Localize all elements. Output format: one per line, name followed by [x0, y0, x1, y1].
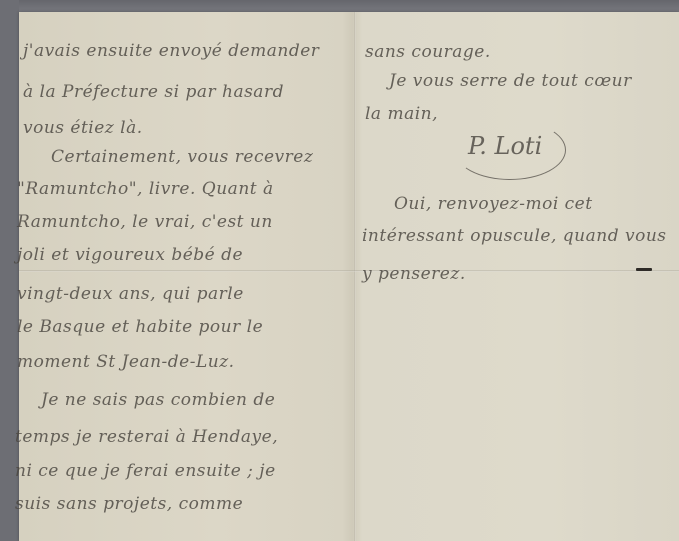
handwritten-line: à la Préfecture si par hasard	[23, 82, 284, 102]
handwritten-line: sans courage.	[365, 42, 491, 62]
handwritten-line: j'avais ensuite envoyé demander	[23, 41, 319, 61]
handwritten-line: moment St Jean-de-Luz.	[17, 352, 235, 372]
handwritten-line: joli et vigoureux bébé de	[17, 245, 243, 265]
handwritten-line: Ramuntcho, le vrai, c'est un	[17, 212, 273, 232]
left-page: j'avais ensuite envoyé demander à la Pré…	[19, 12, 354, 541]
handwritten-line: ni ce que je ferai ensuite ; je	[15, 461, 276, 481]
handwritten-line: vous étiez là.	[23, 118, 143, 138]
handwritten-line: temps je resterai à Hendaye,	[15, 427, 278, 447]
handwritten-line: "Ramuntcho", livre. Quant à	[17, 179, 274, 199]
handwritten-line: Certainement, vous recevrez	[51, 147, 313, 167]
signature-flourish	[454, 120, 566, 180]
right-page: sans courage. Je vous serre de tout cœur…	[356, 12, 679, 541]
handwritten-line: y penserez.	[362, 264, 466, 284]
handwritten-line: la main,	[365, 104, 438, 124]
handwritten-line: suis sans projets, comme	[15, 494, 243, 514]
handwritten-line: Je vous serre de tout cœur	[389, 71, 632, 91]
letter-sheet: j'avais ensuite envoyé demander à la Pré…	[19, 12, 679, 541]
handwritten-line: le Basque et habite pour le	[17, 317, 263, 337]
handwritten-line: intéressant opuscule, quand vous	[362, 226, 667, 246]
ink-mark	[636, 268, 652, 271]
handwritten-line: Oui, renvoyez-moi cet	[394, 194, 593, 214]
handwritten-line: Je ne sais pas combien de	[41, 390, 275, 410]
handwritten-line: vingt-deux ans, qui parle	[17, 284, 244, 304]
